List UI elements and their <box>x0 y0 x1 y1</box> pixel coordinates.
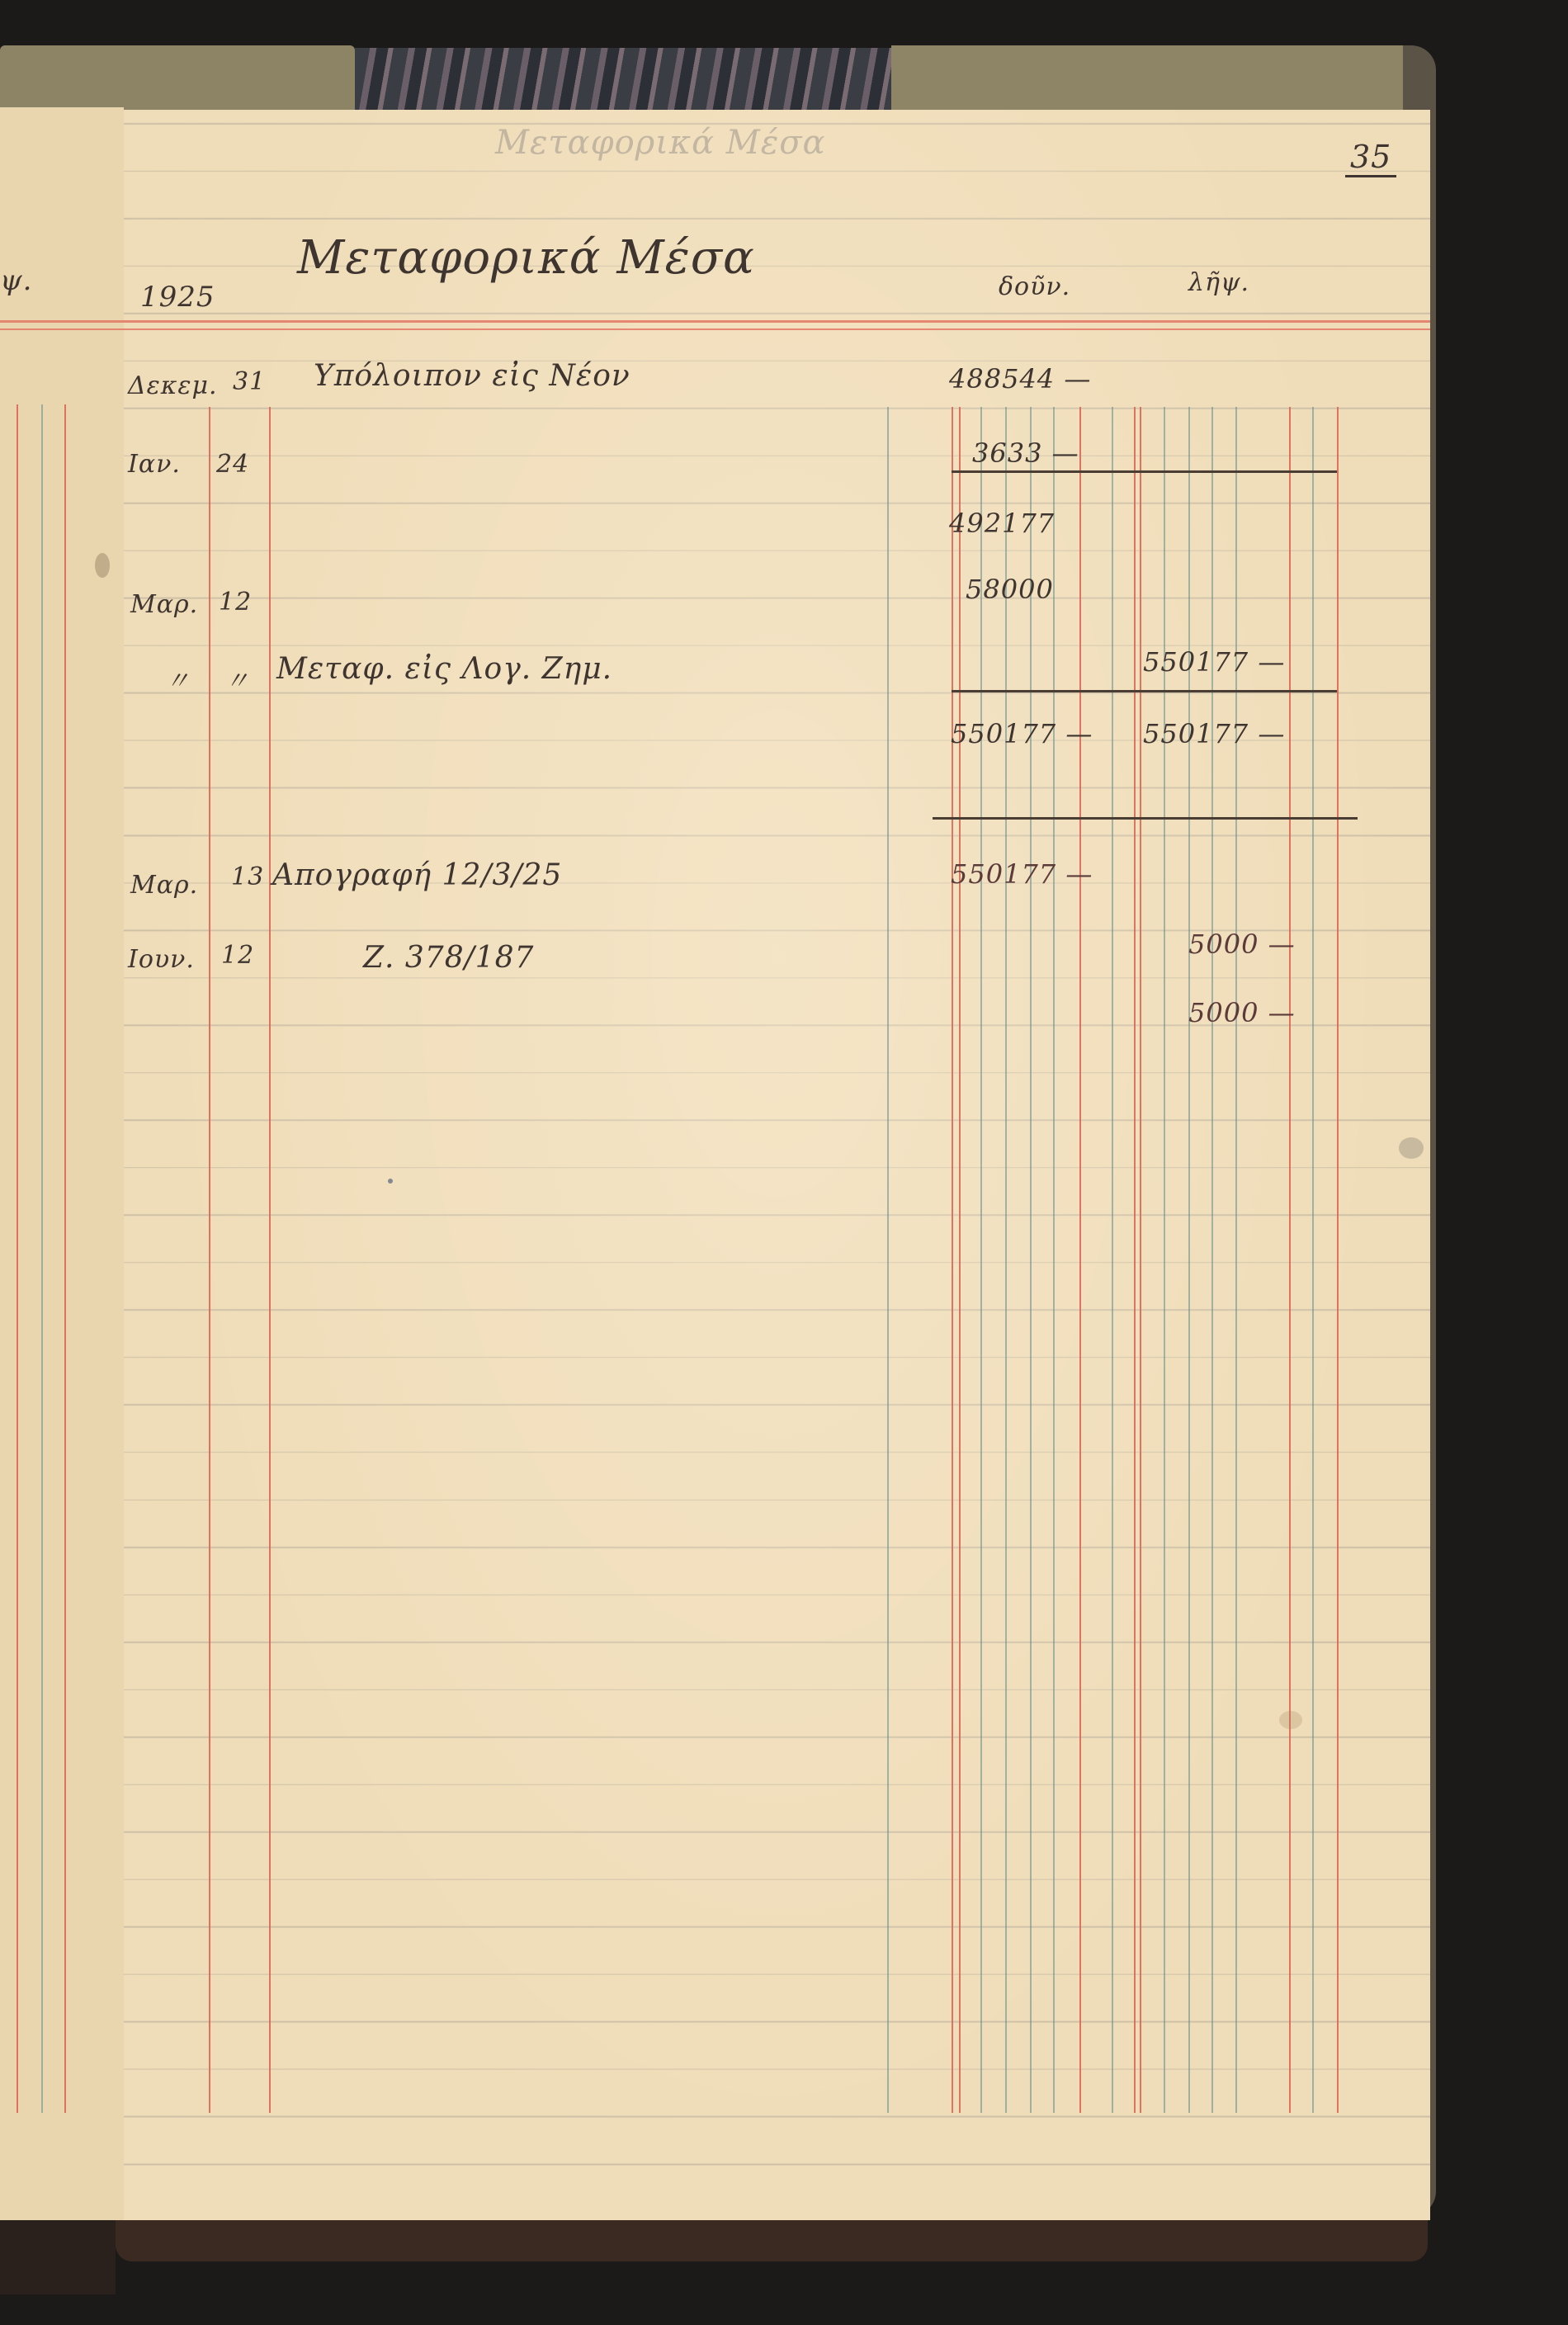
description-end-rule <box>887 407 889 2113</box>
credit-column-rule <box>1134 407 1136 2113</box>
header-rule <box>0 328 124 330</box>
header-rule-bottom <box>124 328 1430 330</box>
subtotal-debit-amount: 492177 <box>949 508 1055 539</box>
entry-day: 24 <box>216 450 249 479</box>
credit-column-header: λῆψ. <box>1188 268 1249 297</box>
total-credit-amount: 550177 — <box>1143 718 1285 749</box>
page-end-rule <box>1337 407 1339 2113</box>
left-facing-page <box>0 107 124 2220</box>
entry-debit-amount: 58000 <box>966 574 1054 605</box>
margin-rule <box>64 404 66 2113</box>
total-line <box>952 690 1337 692</box>
digit-rule <box>1312 407 1314 2113</box>
column-rule <box>41 404 43 2113</box>
entry-month: Δεκεμ. <box>128 371 218 400</box>
entry-month: Ιαν. <box>128 450 181 479</box>
digit-rule <box>980 407 982 2113</box>
ledger-page <box>124 110 1430 2220</box>
entry-description: Ζ. 378/187 <box>363 941 534 975</box>
entry-day: 13 <box>231 862 264 891</box>
digit-rule <box>1112 407 1113 2113</box>
pencil-heading: Μεταφορικά Μέσα <box>495 124 826 162</box>
subtotal-line <box>952 470 1337 473</box>
debit-column-rule <box>952 407 953 2113</box>
page-number: 35 <box>1345 139 1396 177</box>
header-rule-top <box>124 320 1430 323</box>
entry-debit-amount: 488544 — <box>949 363 1091 395</box>
entry-day: 12 <box>219 588 252 617</box>
entry-month: Μαρ. <box>130 871 198 900</box>
debit-column-rule <box>959 407 961 2113</box>
total-debit-amount: 550177 — <box>951 718 1093 749</box>
stain <box>1279 1711 1302 1729</box>
entry-credit-amount: 550177 — <box>1143 646 1285 678</box>
stain <box>1399 1137 1424 1159</box>
closing-double-line <box>933 817 1358 820</box>
book-cover-bottom-left <box>0 2220 116 2294</box>
cents-rule <box>1079 407 1081 2113</box>
entry-day: 31 <box>233 367 266 396</box>
debit-column-header: δοῦν. <box>999 272 1070 301</box>
entry-month: Ιουν. <box>128 945 195 974</box>
digit-rule <box>1030 407 1032 2113</box>
account-title: Μεταφορικά Μέσα <box>297 231 755 285</box>
entry-credit-amount: 5000 — <box>1188 929 1296 960</box>
margin-rule <box>17 404 18 2113</box>
entry-month-ditto: 〃 <box>165 660 191 697</box>
entry-description: Υπόλοιπον εἰς Νέον <box>314 359 631 393</box>
entry-description: Μεταφ. εἰς Λογ. Ζημ. <box>276 652 612 686</box>
entry-day-ditto: 〃 <box>224 660 250 697</box>
credit-column-rule <box>1140 407 1141 2113</box>
entry-day: 12 <box>221 941 254 970</box>
left-page-header-fragment: ψ. <box>0 264 32 297</box>
entry-debit-amount: 3633 — <box>972 437 1079 469</box>
book-spine-marbled <box>355 48 924 114</box>
closing-credit-amount: 5000 — <box>1188 997 1296 1028</box>
stain <box>95 553 110 578</box>
date-column-rule <box>209 407 210 2113</box>
digit-rule <box>1005 407 1007 2113</box>
ink-dot <box>388 1179 393 1184</box>
year-label: 1925 <box>140 281 215 314</box>
entry-description: Απογραφή 12/3/25 <box>272 858 562 892</box>
cents-rule <box>1289 407 1291 2113</box>
header-rule <box>0 320 124 323</box>
book-cover-cloth <box>0 45 355 111</box>
entry-debit-amount: 550177 — <box>951 858 1093 890</box>
entry-month: Μαρ. <box>130 590 198 619</box>
digit-rule <box>1053 407 1055 2113</box>
book-cover-cloth-right <box>891 45 1436 116</box>
day-column-rule <box>269 407 271 2113</box>
